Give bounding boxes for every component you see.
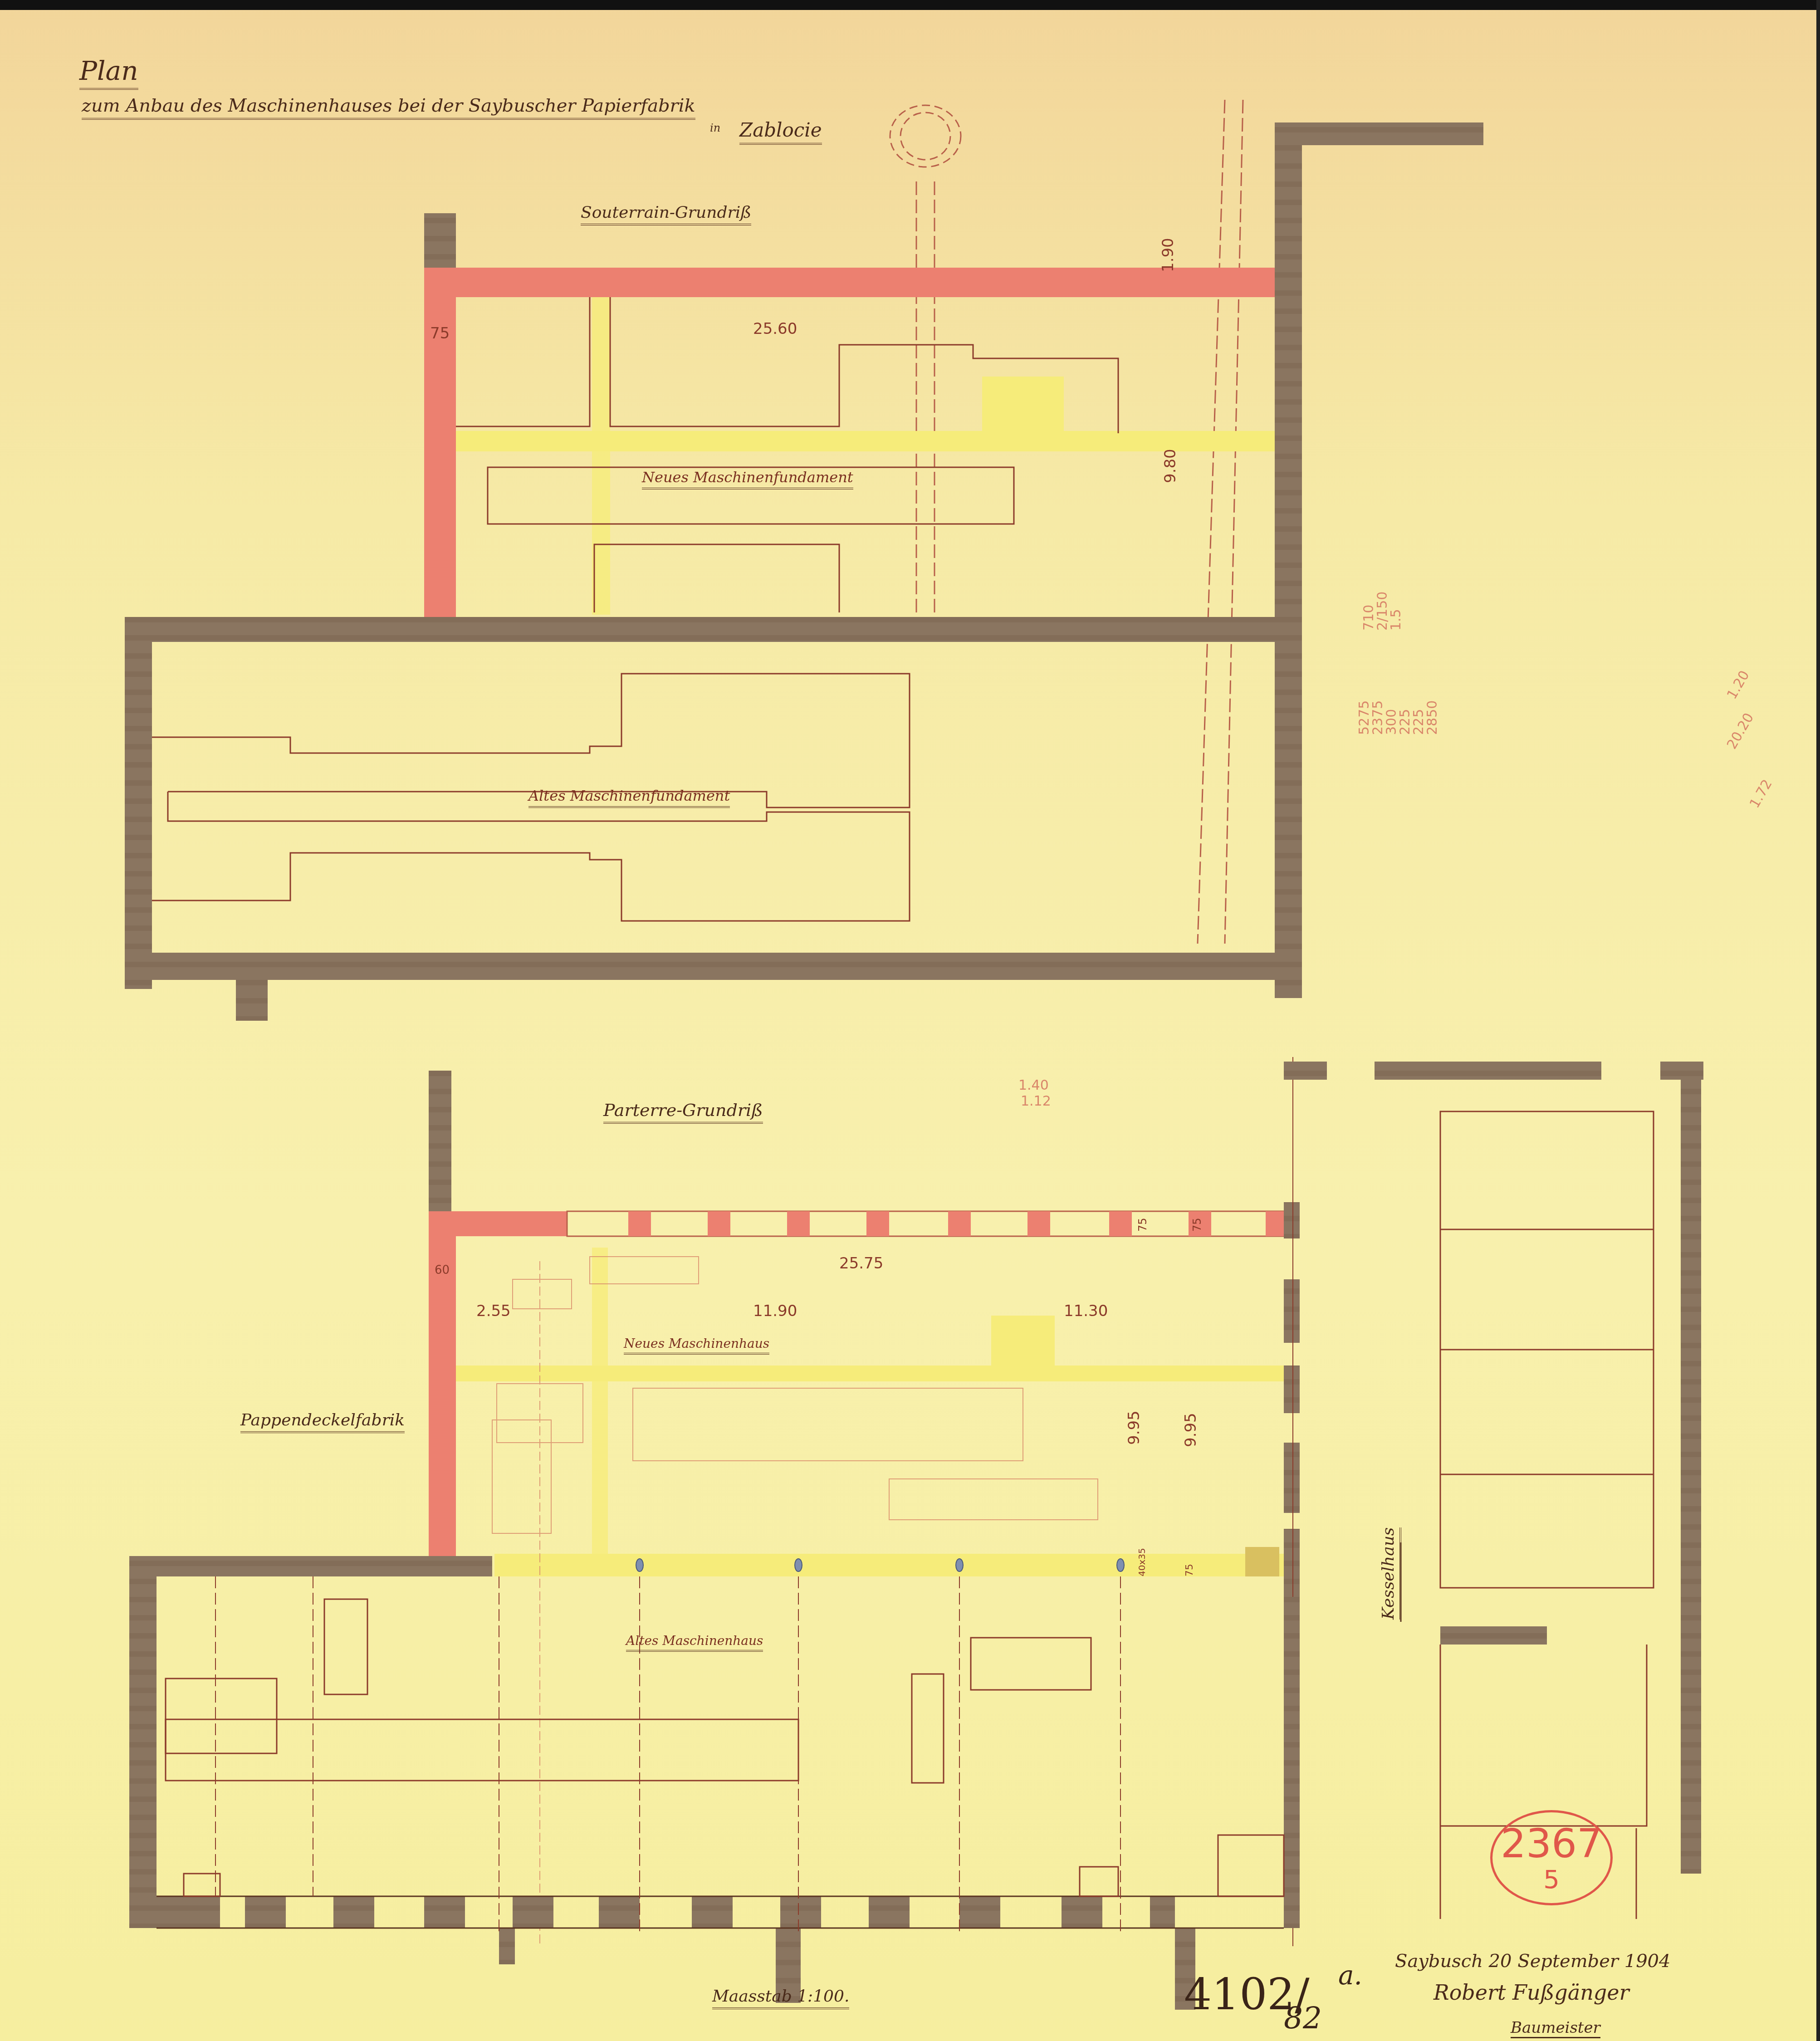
label-new-machine-house: Neues Maschinenhaus bbox=[624, 1336, 769, 1355]
dim-parterre-offset: 2.55 bbox=[476, 1302, 511, 1320]
archive-number-sup: a. bbox=[1338, 1960, 1362, 1991]
floor-plan-drawing bbox=[0, 0, 1820, 2041]
margin-calc-2f: 2850 bbox=[1424, 700, 1440, 735]
label-boiler-house: Kesselhaus bbox=[1379, 1527, 1401, 1620]
archive-stamp: 2367 5 bbox=[1490, 1810, 1613, 1905]
signature-place-date: Saybusch 20 September 1904 bbox=[1395, 1951, 1671, 1972]
souterrain-plan bbox=[125, 100, 1483, 1021]
dim-souterrain-wall-top: 1.90 bbox=[1159, 238, 1177, 272]
dim-window-2: 75 bbox=[1191, 1218, 1204, 1232]
signature-name: Robert Fußgänger bbox=[1433, 1980, 1629, 2005]
margin-calc-1c: 1.5 bbox=[1388, 609, 1404, 631]
location-prefix: in bbox=[710, 122, 720, 134]
label-new-foundation: Neues Maschinenfundament bbox=[642, 469, 853, 489]
pencil-note-1: 1.40 bbox=[1018, 1077, 1049, 1093]
dim-beam: 40x35 bbox=[1136, 1548, 1147, 1576]
dim-parterre-length: 25.75 bbox=[839, 1254, 883, 1273]
parterre-title: Parterre-Grundriß bbox=[603, 1100, 763, 1124]
dim-parterre-depth2: 9.95 bbox=[1182, 1413, 1200, 1447]
souterrain-title: Souterrain-Grundriß bbox=[581, 203, 751, 225]
document-subtitle: zum Anbau des Maschinenhauses bei der Sa… bbox=[82, 95, 695, 120]
dim-souterrain-length: 25.60 bbox=[753, 320, 797, 338]
document-location: Zablocie bbox=[739, 119, 822, 145]
label-old-foundation: Altes Maschinenfundament bbox=[528, 787, 730, 808]
dim-parterre-depth1: 9.95 bbox=[1125, 1410, 1143, 1445]
dim-parterre-wall: 60 bbox=[435, 1263, 450, 1277]
dim-parterre-seg2: 11.30 bbox=[1064, 1302, 1108, 1320]
parterre-plan bbox=[129, 1057, 1703, 2010]
stamp-subnumber: 5 bbox=[1492, 1869, 1610, 1891]
label-cardboard-factory: Pappendeckelfabrik bbox=[240, 1411, 405, 1433]
dim-window-1: 75 bbox=[1136, 1218, 1149, 1232]
pencil-note-2: 1.12 bbox=[1021, 1093, 1051, 1109]
dim-beam-wall: 75 bbox=[1184, 1564, 1195, 1576]
dim-souterrain-depth: 9.80 bbox=[1161, 449, 1179, 483]
label-old-machine-house: Altes Maschinenhaus bbox=[626, 1633, 763, 1652]
signature-title: Baumeister bbox=[1511, 2019, 1600, 2038]
stamp-number: 2367 bbox=[1492, 1819, 1610, 1869]
scale-label: Maasstab 1:100. bbox=[712, 1987, 849, 2009]
archive-number-sub: 82 bbox=[1284, 2001, 1322, 2036]
dim-parterre-seg1: 11.90 bbox=[753, 1302, 797, 1320]
dim-souterrain-wall: 75 bbox=[430, 324, 450, 343]
document-title: Plan bbox=[79, 55, 138, 90]
